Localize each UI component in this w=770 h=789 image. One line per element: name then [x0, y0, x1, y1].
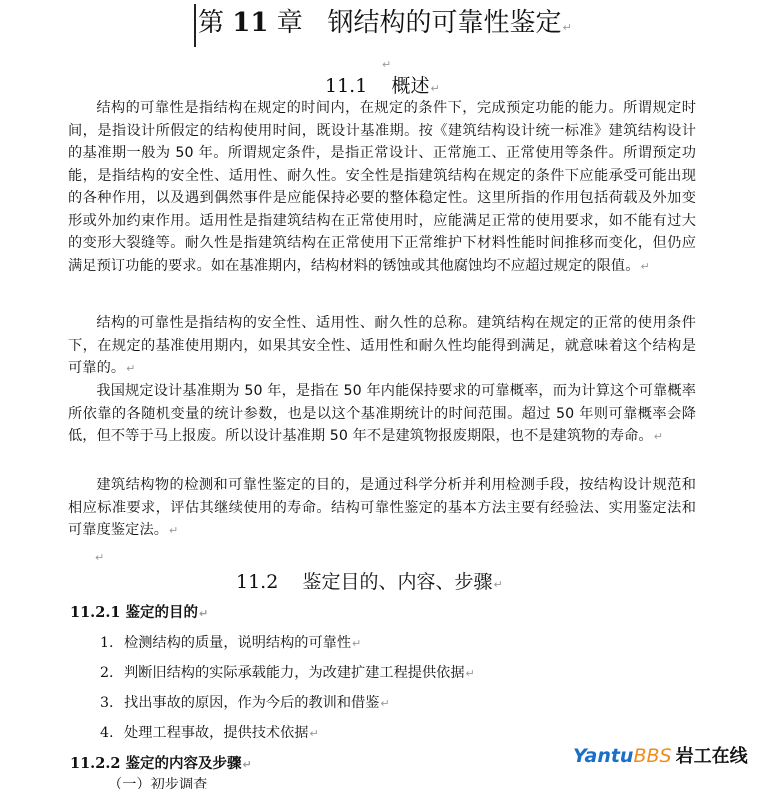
- paragraph-mark-icon: ↵: [494, 578, 503, 591]
- list-number: 4.: [100, 725, 124, 741]
- paragraph-mark-icon: ↵: [431, 82, 440, 95]
- section-number: 11.2: [236, 571, 278, 593]
- paragraph-mark-icon: ↵: [382, 58, 391, 71]
- list-item: 4.处理工程事故，提供技术依据↵: [100, 722, 319, 742]
- list-item: 1.检测结构的质量，说明结构的可靠性↵: [100, 632, 361, 652]
- chapter-prefix: 第: [198, 8, 224, 38]
- section-name: 概述: [391, 75, 429, 97]
- paragraph-mark-icon: ↵: [563, 21, 572, 34]
- list-text: 处理工程事故，提供技术依据: [124, 725, 308, 741]
- list-number: 2.: [100, 665, 124, 681]
- paragraph-text: 结构的可靠性是指结构在规定的时间内，在规定的条件下，完成预定功能的能力。所谓规定…: [68, 100, 696, 274]
- list-item: 2.判断旧结构的实际承载能力，为改建扩建工程提供依据↵: [100, 662, 475, 682]
- paragraph-reliability-summary: 结构的可靠性是指结构的安全性、适用性、耐久性的总称。建筑结构在规定的正常的使用条…: [68, 312, 696, 381]
- subsection-number: 11.2.1: [70, 604, 120, 621]
- section-name: 鉴定目的、内容、步骤: [302, 571, 492, 593]
- paragraph-mark-icon: ↵: [466, 667, 475, 680]
- watermark-logo: YantuBBS岩工在线: [573, 742, 748, 768]
- subsection-name: 鉴定的目的: [126, 604, 199, 621]
- paragraph-mark-icon: ↵: [352, 637, 361, 650]
- paragraph-design-period: 我国规定设计基准期为 50 年，是指在 50 年内能保持要求的可靠概率，而为计算…: [68, 380, 696, 449]
- chapter-suffix: 章: [277, 8, 303, 38]
- chapter-number: 11: [232, 8, 268, 38]
- list-text: 找出事故的原因，作为今后的教训和借鉴: [124, 695, 379, 711]
- paragraph-mark-icon: ↵: [126, 362, 135, 375]
- list-number: 3.: [100, 695, 124, 711]
- paragraph-reliability-definition: 结构的可靠性是指结构在规定的时间内，在规定的条件下，完成预定功能的能力。所谓规定…: [68, 97, 696, 278]
- list-text: 检测结构的质量，说明结构的可靠性: [124, 635, 351, 651]
- list-text: 判断旧结构的实际承载能力，为改建扩建工程提供依据: [124, 665, 465, 681]
- paragraph-mark-icon: ↵: [169, 524, 178, 537]
- paragraph-mark-icon: ↵: [243, 758, 252, 771]
- paragraph-text: 建筑结构物的检测和可靠性鉴定的目的，是通过科学分析并利用检测手段，按结构设计规范…: [68, 477, 696, 538]
- chapter-name: 钢结构的可靠性鉴定: [328, 8, 562, 38]
- subsection-number: 11.2.2: [70, 755, 120, 772]
- list-text: （一）初步调查: [108, 777, 207, 789]
- section-title-11-2: 11.2 鉴定目的、内容、步骤↵: [236, 569, 503, 598]
- subsection-name: 鉴定的内容及步骤: [126, 755, 242, 772]
- paragraph-mark-icon: ↵: [654, 430, 663, 443]
- paragraph-text: 结构的可靠性是指结构的安全性、适用性、耐久性的总称。建筑结构在规定的正常的使用条…: [68, 315, 696, 376]
- list-item-preliminary-survey: （一）初步调查: [108, 774, 207, 789]
- chapter-title: 第 11 章 钢结构的可靠性鉴定↵: [194, 4, 572, 47]
- watermark-brand-cn: 岩工在线: [676, 746, 748, 767]
- list-item: 3.找出事故的原因，作为今后的教训和借鉴↵: [100, 692, 390, 712]
- paragraph-text: 我国规定设计基准期为 50 年，是指在 50 年内能保持要求的可靠概率，而为计算…: [68, 383, 696, 444]
- paragraph-mark-icon: ↵: [641, 260, 650, 273]
- paragraph-mark-icon: ↵: [380, 697, 389, 710]
- section-number: 11.1: [325, 75, 367, 97]
- paragraph-mark-icon: ↵: [199, 607, 208, 620]
- paragraph-mark-icon: ↵: [95, 551, 104, 564]
- subsection-heading-11-2-2: 11.2.2 鉴定的内容及步骤↵: [70, 752, 252, 773]
- subsection-heading-11-2-1: 11.2.1 鉴定的目的↵: [70, 601, 208, 622]
- watermark-brand-bbs: BBS: [633, 745, 671, 767]
- watermark-brand-yantu: Yantu: [573, 745, 633, 767]
- list-number: 1.: [100, 635, 124, 651]
- paragraph-inspection-purpose: 建筑结构物的检测和可靠性鉴定的目的，是通过科学分析并利用检测手段，按结构设计规范…: [68, 474, 696, 543]
- document-page: 第 11 章 钢结构的可靠性鉴定↵ ↵ 11.1 概述↵ 结构的可靠性是指结构在…: [0, 0, 770, 789]
- paragraph-mark-icon: ↵: [309, 727, 318, 740]
